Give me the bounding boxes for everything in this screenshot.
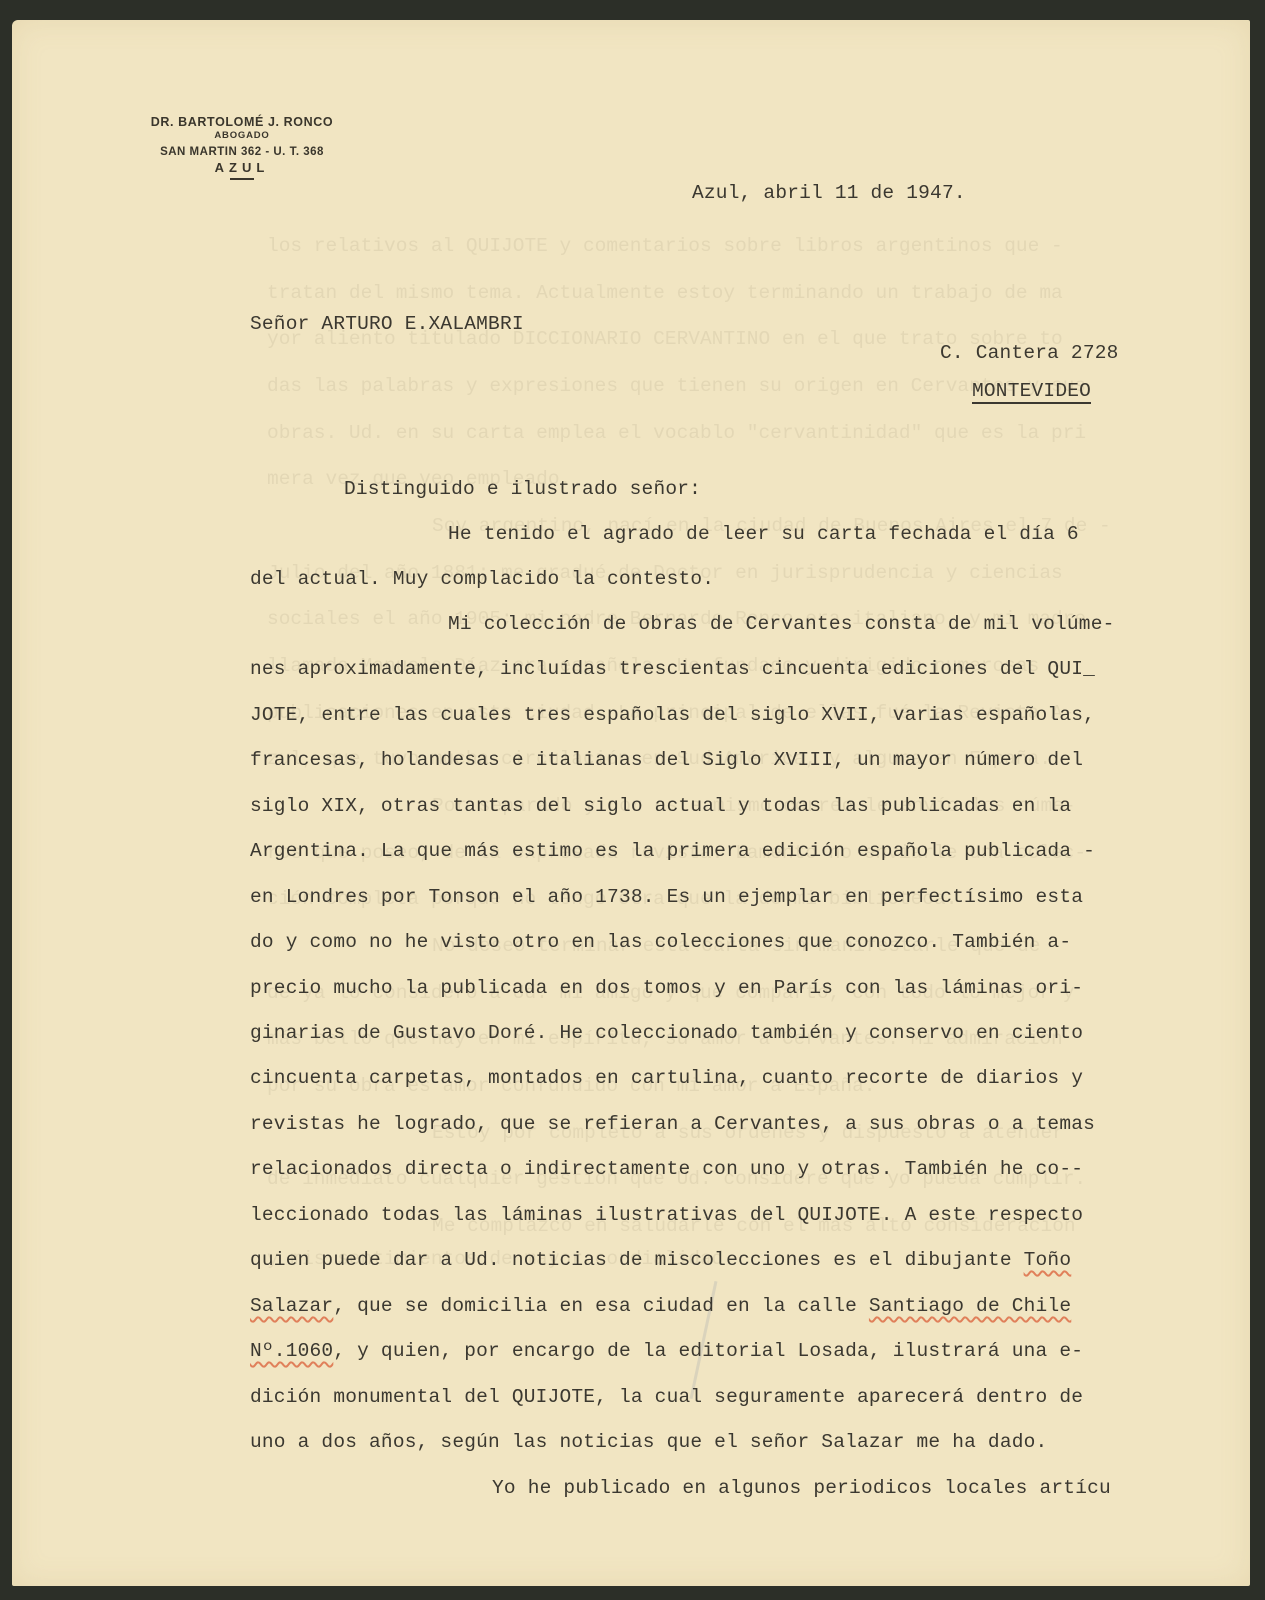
- letterhead-name: DR. BARTOLOMÉ J. RONCO: [122, 115, 362, 129]
- recipient-street: C. Cantera 2728: [940, 342, 1119, 364]
- body-text: , que se domicilia en esa ciudad en la c…: [333, 1295, 869, 1317]
- body-line: relacionados directa o indirectamente co…: [250, 1158, 1083, 1180]
- body-line: quien puede dar a Ud. noticias de miscol…: [250, 1249, 1071, 1271]
- body-line: del actual. Muy complacido la contesto.: [250, 568, 714, 590]
- body-line: precio mucho la publicada en dos tomos y…: [250, 977, 1083, 999]
- salutation: Distinguido e ilustrado señor:: [344, 478, 701, 500]
- body-line: JOTE, entre las cuales tres españolas de…: [250, 704, 1095, 726]
- date-line: Azul, abril 11 de 1947.: [692, 182, 966, 204]
- body-line: Mi colección de obras de Cervantes const…: [448, 613, 1115, 635]
- show-through-text: los relativos al QUIJOTE y comentarios s…: [267, 235, 1063, 257]
- show-through-text: das las palabras y expresiones que tiene…: [267, 375, 1086, 397]
- letterhead: DR. BARTOLOMÉ J. RONCO ABOGADO SAN MARTI…: [122, 115, 362, 180]
- recipient-name: Señor ARTURO E.XALAMBRI: [250, 313, 524, 335]
- body-line: Yo he publicado en algunos periodicos lo…: [492, 1477, 1111, 1499]
- show-through-text: obras. Ud. en su carta emplea el vocablo…: [267, 422, 1086, 444]
- body-line: cincuenta carpetas, montados en cartulin…: [250, 1067, 1083, 1089]
- letterhead-rule: [230, 178, 254, 180]
- body-line: leccionado todas las láminas ilustrativa…: [250, 1204, 1083, 1226]
- letterhead-address: SAN MARTIN 362 - U. T. 368: [122, 146, 362, 158]
- highlighted-name-tono: Toño: [1024, 1249, 1072, 1271]
- body-line: He tenido el agrado de leer su carta fec…: [448, 523, 1079, 545]
- body-line: dición monumental del QUIJOTE, la cual s…: [250, 1386, 1083, 1408]
- letterhead-title: ABOGADO: [122, 130, 362, 141]
- highlighted-name-salazar: Salazar: [250, 1295, 333, 1317]
- body-line: en Londres por Tonson el año 1738. Es un…: [250, 886, 1083, 908]
- body-line: Nº.1060, y quien, por encargo de la edit…: [250, 1340, 1083, 1362]
- recipient-city: MONTEVIDEO: [972, 380, 1091, 404]
- body-line: do y como no he visto otro en las colecc…: [250, 931, 1071, 953]
- highlighted-street: Santiago de Chile: [869, 1295, 1071, 1317]
- body-line: siglo XIX, otras tantas del siglo actual…: [250, 795, 1071, 817]
- body-line: Salazar, que se domicilia en esa ciudad …: [250, 1295, 1071, 1317]
- body-line: uno a dos años, según las noticias que e…: [250, 1431, 1047, 1453]
- body-text: , y quien, por encargo de la editorial L…: [333, 1340, 1083, 1362]
- body-line: nes aproximadamente, incluídas trescient…: [250, 658, 1095, 680]
- body-text: quien puede dar a Ud. noticias de miscol…: [250, 1249, 1024, 1271]
- letterhead-city: AZUL: [122, 160, 362, 175]
- highlighted-number: Nº.1060: [250, 1340, 333, 1362]
- body-line: revistas he logrado, que se refieran a C…: [250, 1113, 1095, 1135]
- show-through-text: tratan del mismo tema. Actualmente estoy…: [267, 282, 1063, 304]
- letter-page: los relativos al QUIJOTE y comentarios s…: [12, 20, 1250, 1586]
- body-line: francesas, holandesas e italianas del Si…: [250, 749, 1083, 771]
- body-line: ginarias de Gustavo Doré. He coleccionad…: [250, 1022, 1083, 1044]
- body-line: Argentina. La que más estimo es la prime…: [250, 840, 1095, 862]
